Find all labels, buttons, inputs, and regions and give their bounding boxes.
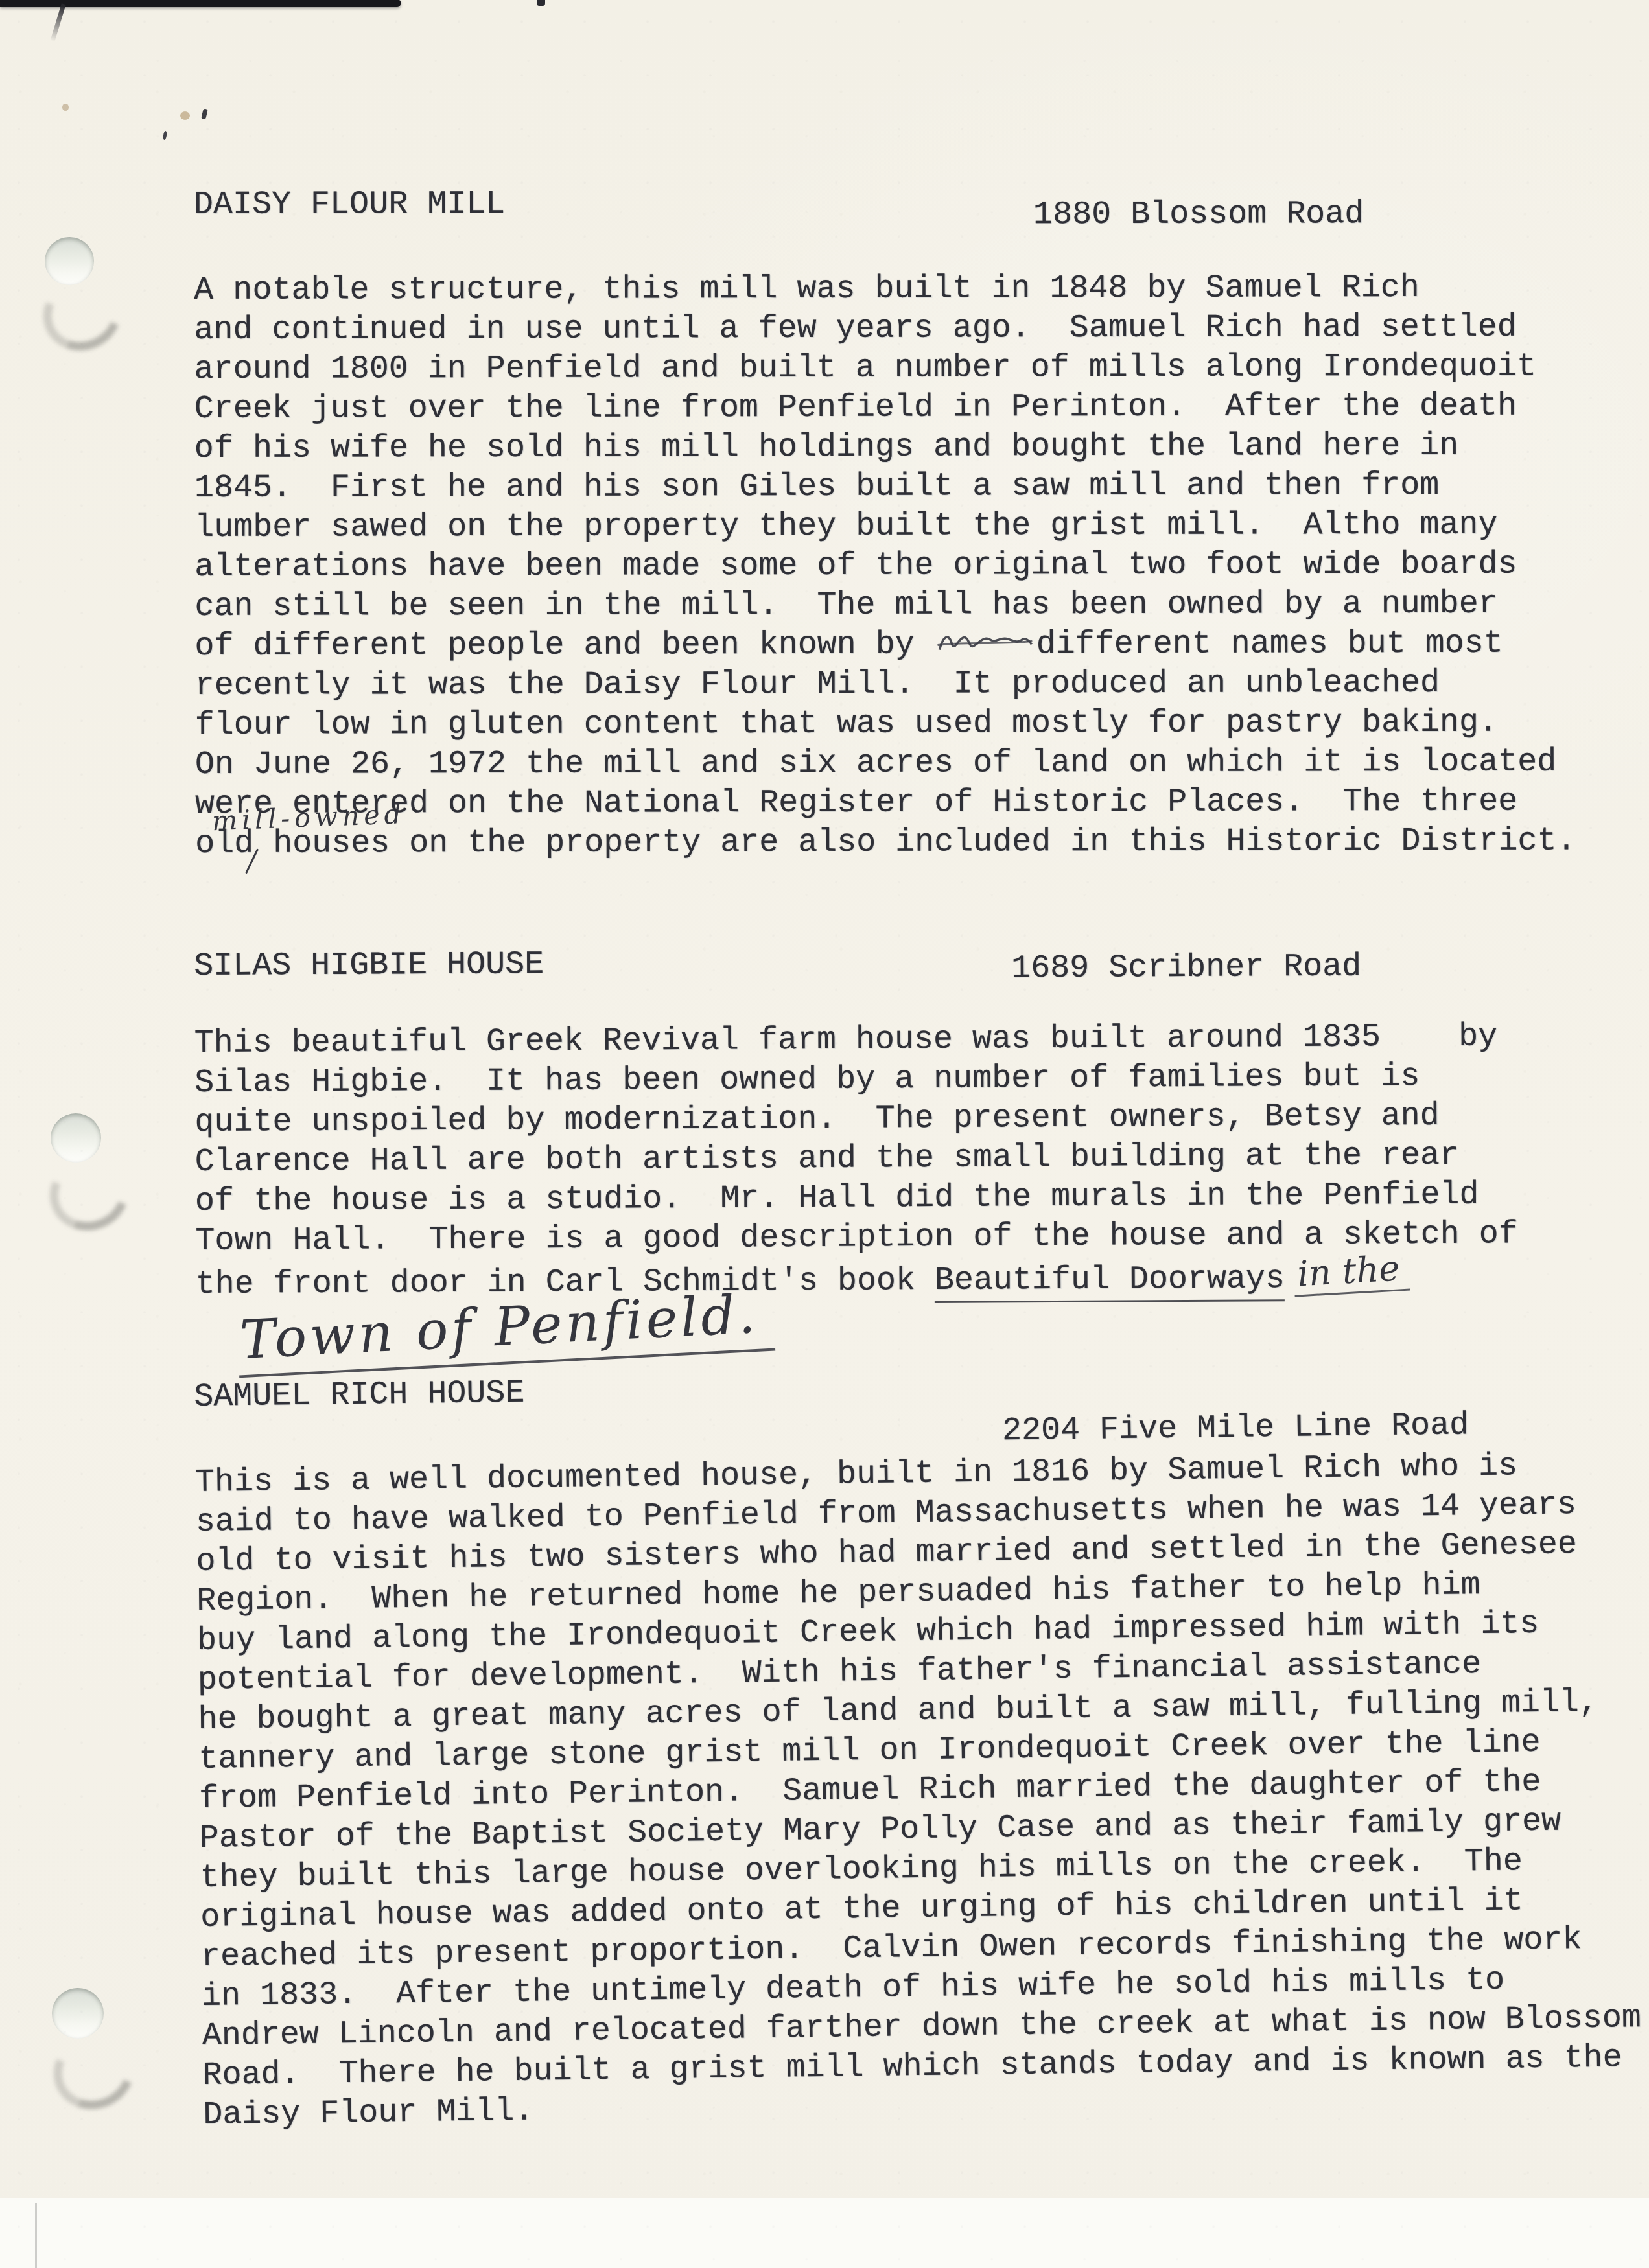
hole-punch: [52, 1988, 104, 2039]
scan-scratch: [35, 2203, 37, 2268]
typewritten-line-with-scribble: of different people and been known by di…: [194, 624, 1575, 666]
typewritten-line: and continued in use until a few years a…: [194, 308, 1574, 350]
hole-punch-smudge: [38, 1143, 141, 1244]
scan-scratch: [50, 3, 65, 41]
paper-stain: [62, 104, 69, 111]
typewritten-line-with-insertion: old houses on the property are also incl…: [195, 822, 1576, 864]
section-daisy-flour-mill: DAISY FLOUR MILL 1880 Blossom Road A not…: [0, 183, 1649, 187]
paragraph-lines: This beautiful Greek Revival farm house …: [194, 1017, 1518, 1261]
underlined-book-title: Beautiful Doorways: [935, 1260, 1285, 1303]
scribble-strikeout-icon: [937, 629, 1034, 658]
section-address: 2204 Five Mile Line Road: [1002, 1407, 1469, 1450]
ink-speck: [201, 108, 208, 119]
typewritten-line: Clarence Hall are both artists and the s…: [195, 1135, 1518, 1182]
typewritten-line: Creek just over the line from Penfield i…: [194, 387, 1575, 429]
paragraph-lines: This is a well documented house, built i…: [195, 1445, 1643, 2135]
section-title: SAMUEL RICH HOUSE: [194, 1375, 525, 1416]
typewritten-line: lumber sawed on the property they built …: [194, 505, 1575, 548]
handwritten-in-the: in the: [1292, 1248, 1410, 1297]
line-text: different names but most: [1036, 625, 1503, 664]
typewritten-line: This beautiful Greek Revival farm house …: [194, 1017, 1517, 1063]
typewritten-line: can still be seen in the mill. The mill …: [194, 584, 1575, 627]
typewritten-line: alterations have been made some of the o…: [194, 545, 1575, 587]
typewritten-line: flour low in gluten content that was use…: [195, 703, 1576, 745]
handwritten-insertion: mill-owned: [211, 794, 406, 841]
line-text: of different people and been known by: [194, 627, 914, 665]
hole-punch-smudge: [31, 264, 133, 363]
hole-punch-smudge: [41, 2020, 146, 2122]
ink-speck: [163, 131, 167, 141]
scanned-document-page: DAISY FLOUR MILL 1880 Blossom Road A not…: [0, 0, 1649, 2268]
paper-stain: [180, 111, 190, 120]
typewritten-line: around 1800 in Penfield and built a numb…: [194, 347, 1575, 389]
typewritten-line: 1845. First he and his son Giles built a…: [194, 466, 1575, 508]
typewritten-line: of his wife he sold his mill holdings an…: [194, 426, 1575, 469]
scan-speck: [537, 0, 545, 6]
typewritten-line: of the house is a studio. Mr. Hall did t…: [195, 1175, 1518, 1221]
section-title: DAISY FLOUR MILL: [194, 186, 505, 224]
section-title: SILAS HIGBIE HOUSE: [194, 946, 544, 985]
typewritten-line: On June 26, 1972 the mill and six acres …: [195, 743, 1576, 785]
typewritten-line-with-book-title: the front door in Carl Schmidt's book Be…: [196, 1254, 1519, 1301]
paragraph: A notable structure, this mill was built…: [194, 268, 1576, 864]
paragraph: This beautiful Greek Revival farm house …: [194, 1017, 1519, 1301]
section-address: 1880 Blossom Road: [1033, 196, 1364, 233]
page-bottom-edge: [0, 2198, 1649, 2268]
spacer: [915, 627, 934, 664]
section-address: 1689 Scribner Road: [1011, 949, 1361, 988]
typewritten-line: recently it was the Daisy Flour Mill. It…: [195, 664, 1576, 706]
paragraph: This is a well documented house, built i…: [195, 1445, 1643, 2135]
paragraph-lines: A notable structure, this mill was built…: [194, 268, 1576, 627]
typewritten-line: A notable structure, this mill was built…: [194, 268, 1574, 310]
typewritten-line: Silas Higbie. It has been owned by a num…: [194, 1056, 1517, 1103]
typewritten-line: quite unspoiled by modernization. The pr…: [194, 1096, 1517, 1142]
